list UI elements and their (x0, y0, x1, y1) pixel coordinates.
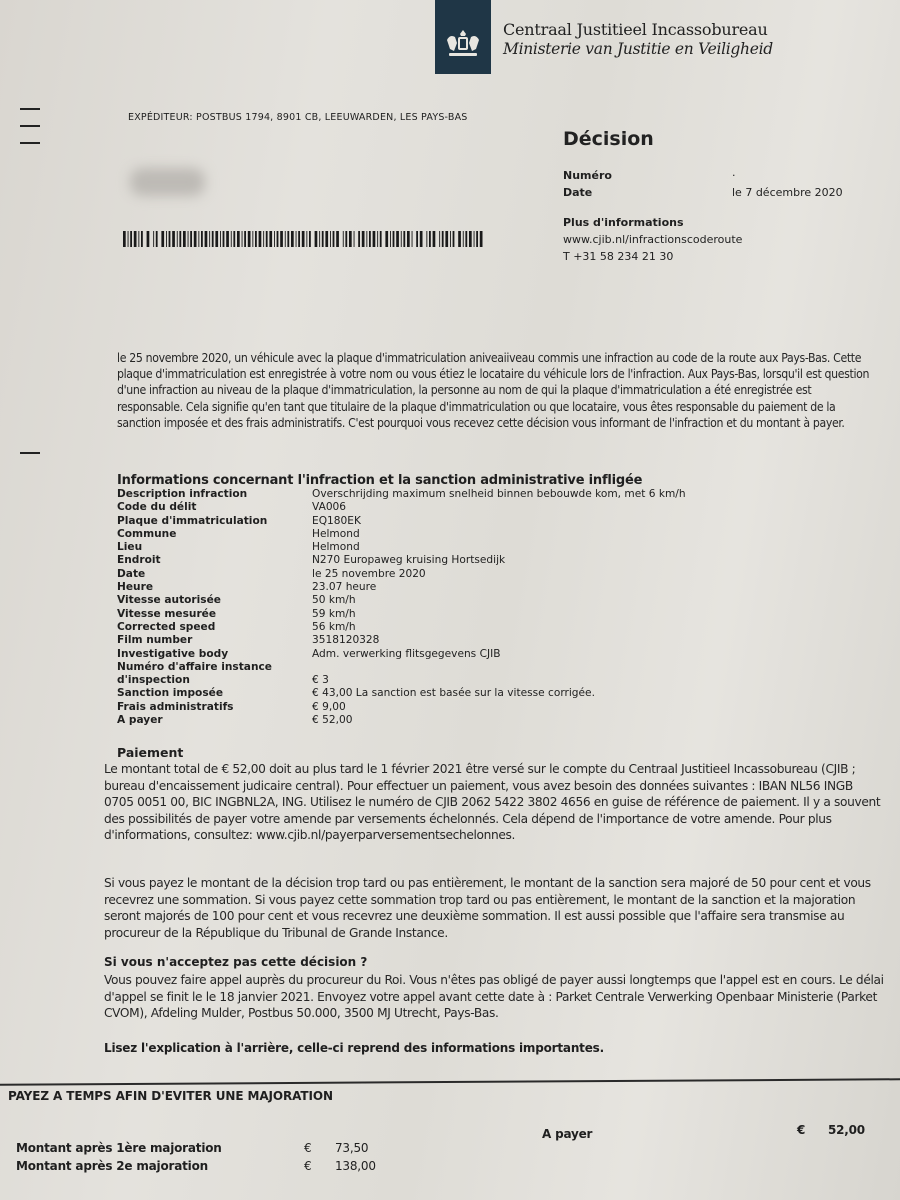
org-name: Centraal Justitieel Incassobureau (503, 20, 773, 39)
table-row: Numéro d'affaire instance (117, 661, 812, 674)
late-payment-paragraph: Si vous payez le montant de la décision … (104, 875, 884, 941)
row-value: N270 Europaweg kruising Hortsedijk (312, 554, 812, 567)
row-label: Frais administratifs (117, 701, 312, 714)
row-value: 50 km/h (312, 594, 812, 607)
row-value: Adm. verwerking flitsgegevens CJIB (312, 648, 812, 661)
row-label: Plaque d'immatriculation (117, 515, 312, 528)
table-row: Heure23.07 heure (117, 581, 812, 594)
row-label: d'inspection (117, 674, 312, 687)
payment-body: Le montant total de € 52,00 doit au plus… (104, 761, 884, 844)
row-label: Film number (117, 634, 312, 647)
row-label: Heure (117, 581, 312, 594)
page-title: Décision (563, 128, 654, 150)
more-info-label: Plus d'informations (563, 216, 684, 229)
numero-label: Numéro (563, 169, 612, 182)
row-value: € 52,00 (312, 714, 812, 727)
row-label: Vitesse mesurée (117, 608, 312, 621)
row-label: Commune (117, 528, 312, 541)
row-value: € 43,00 La sanction est basée sur la vit… (312, 687, 812, 700)
amount-due-label: A payer (542, 1127, 592, 1141)
row-label: Corrected speed (117, 621, 312, 634)
row-value: 3518120328 (312, 634, 812, 647)
amount-due-currency: € (797, 1123, 805, 1137)
row-label: Endroit (117, 554, 312, 567)
row-value: 59 km/h (312, 608, 812, 621)
read-back-notice: Lisez l'explication à l'arrière, celle-c… (104, 1041, 604, 1055)
row-value (312, 661, 812, 674)
surcharge-2-currency: € (304, 1159, 311, 1173)
surcharge-1-label: Montant après 1ère majoration (16, 1141, 222, 1155)
numero-value: . (732, 166, 736, 179)
row-value: VA006 (312, 501, 812, 514)
appeal-body: Vous pouvez faire appel auprès du procur… (104, 972, 884, 1022)
table-row: EndroitN270 Europaweg kruising Hortsedij… (117, 554, 812, 567)
table-row: Frais administratifs€ 9,00 (117, 701, 812, 714)
row-value: 23.07 heure (312, 581, 812, 594)
table-row: Datele 25 novembre 2020 (117, 568, 812, 581)
pay-on-time-warning: PAYEZ A TEMPS AFIN D'EVITER UNE MAJORATI… (8, 1089, 333, 1103)
table-row: Sanction imposée€ 43,00 La sanction est … (117, 687, 812, 700)
sender-address: EXPÉDITEUR: POSTBUS 1794, 8901 CB, LEEUW… (128, 112, 468, 123)
row-label: Lieu (117, 541, 312, 554)
infraction-section-title: Informations concernant l'infraction et … (117, 473, 642, 488)
row-label: Numéro d'affaire instance (117, 661, 312, 674)
tear-off-divider (0, 1078, 900, 1085)
table-row: Description infractionOverschrijding max… (117, 488, 812, 501)
row-value: Helmond (312, 528, 812, 541)
infraction-details-table: Description infractionOverschrijding max… (117, 488, 812, 727)
row-label: Description infraction (117, 488, 312, 501)
row-label: Sanction imposée (117, 687, 312, 700)
table-row: Code du délitVA006 (117, 501, 812, 514)
row-value: le 25 novembre 2020 (312, 568, 812, 581)
ministry-name: Ministerie van Justitie en Veiligheid (503, 40, 773, 58)
table-row: Plaque d'immatriculationEQ180EK (117, 515, 812, 528)
surcharge-2-label: Montant après 2e majoration (16, 1159, 208, 1173)
surcharge-1-currency: € (304, 1141, 311, 1155)
surcharge-1-value: 73,50 (335, 1141, 368, 1155)
payment-title: Paiement (117, 745, 183, 760)
surcharge-2-value: 138,00 (335, 1159, 376, 1173)
table-row: A payer€ 52,00 (117, 714, 812, 727)
row-label: Investigative body (117, 648, 312, 661)
org-header: Centraal Justitieel Incassobureau Minist… (503, 20, 773, 58)
appeal-title: Si vous n'acceptez pas cette décision ? (104, 955, 367, 969)
row-value: Overschrijding maximum snelheid binnen b… (312, 488, 812, 501)
cjib-logo (435, 0, 491, 74)
intro-paragraph: le 25 novembre 2020, un véhicule avec la… (117, 350, 877, 431)
table-row: Film number3518120328 (117, 634, 812, 647)
table-row: Corrected speed56 km/h (117, 621, 812, 634)
fold-mark (20, 142, 40, 144)
date-value: le 7 décembre 2020 (732, 186, 843, 199)
date-label: Date (563, 186, 592, 199)
row-value: 56 km/h (312, 621, 812, 634)
royal-coat-of-arms-icon (443, 28, 483, 62)
row-label: Code du délit (117, 501, 312, 514)
fold-mark (20, 108, 40, 110)
phone-number: T +31 58 234 21 30 (563, 250, 673, 263)
row-label: Vitesse autorisée (117, 594, 312, 607)
fold-mark (20, 452, 40, 454)
table-row: LieuHelmond (117, 541, 812, 554)
table-row: Vitesse autorisée50 km/h (117, 594, 812, 607)
table-row: CommuneHelmond (117, 528, 812, 541)
row-value: € 3 (312, 674, 812, 687)
table-row: Investigative bodyAdm. verwerking flitsg… (117, 648, 812, 661)
row-value: EQ180EK (312, 515, 812, 528)
row-label: A payer (117, 714, 312, 727)
fold-mark (20, 125, 40, 127)
amount-due-value: 52,00 (828, 1123, 865, 1137)
row-label: Date (117, 568, 312, 581)
postal-barcode (123, 231, 485, 247)
table-row: Vitesse mesurée59 km/h (117, 608, 812, 621)
table-row: d'inspection€ 3 (117, 674, 812, 687)
row-value: € 9,00 (312, 701, 812, 714)
row-value: Helmond (312, 541, 812, 554)
redacted-recipient (130, 168, 205, 196)
website-link[interactable]: www.cjib.nl/infractionscoderoute (563, 233, 742, 246)
